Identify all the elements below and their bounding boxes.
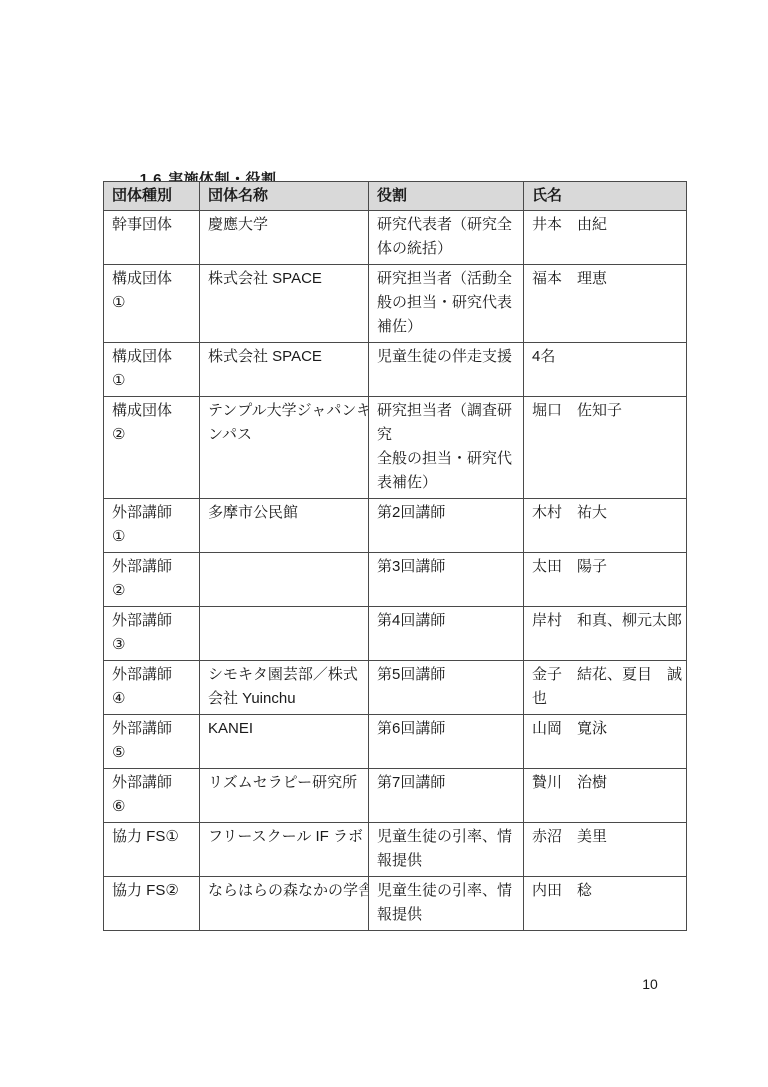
cell-person: 贄川 治樹 — [524, 769, 687, 823]
cell-person: 井本 由紀 — [524, 211, 687, 265]
cell-org-type: 構成団体 ① — [104, 343, 200, 397]
cell-org-name — [200, 553, 369, 607]
cell-org-name: テンプル大学ジャパンキャ ンパス — [200, 397, 369, 499]
roles-table: 団体種別 団体名称 役割 氏名 幹事団体 慶應大学 研究代表者（研究全 体の統括… — [103, 181, 687, 931]
cell-role: 第5回講師 — [369, 661, 524, 715]
document-page: 1.6実施体制・役割 団体種別 団体名称 役割 氏名 幹事団体 慶應大学 研究代… — [0, 0, 768, 1087]
header-role: 役割 — [369, 182, 524, 211]
table-row: 構成団体 ② テンプル大学ジャパンキャ ンパス 研究担当者（調査研 究 全般の担… — [104, 397, 687, 499]
cell-org-type: 外部講師 ⑥ — [104, 769, 200, 823]
cell-person: 太田 陽子 — [524, 553, 687, 607]
cell-person: 4名 — [524, 343, 687, 397]
cell-org-type: 幹事団体 — [104, 211, 200, 265]
cell-role: 児童生徒の引率、情 報提供 — [369, 823, 524, 877]
table-row: 構成団体 ① 株式会社 SPACE 研究担当者（活動全 般の担当・研究代表 補佐… — [104, 265, 687, 343]
table-row: 構成団体 ① 株式会社 SPACE 児童生徒の伴走支援 4名 — [104, 343, 687, 397]
cell-role: 第2回講師 — [369, 499, 524, 553]
table-row: 協力 FS① フリースクール IF ラボ 児童生徒の引率、情 報提供 赤沼 美里 — [104, 823, 687, 877]
cell-org-name: ならはらの森なかの学舎 — [200, 877, 369, 931]
table-row: 外部講師 ② 第3回講師 太田 陽子 — [104, 553, 687, 607]
table-row: 協力 FS② ならはらの森なかの学舎 児童生徒の引率、情 報提供 内田 稔 — [104, 877, 687, 931]
cell-org-type: 協力 FS① — [104, 823, 200, 877]
table-header-row: 団体種別 団体名称 役割 氏名 — [104, 182, 687, 211]
cell-person: 堀口 佐知子 — [524, 397, 687, 499]
cell-org-name: シモキタ園芸部／株式 会社 Yuinchu — [200, 661, 369, 715]
cell-person: 福本 理恵 — [524, 265, 687, 343]
cell-role: 研究代表者（研究全 体の統括） — [369, 211, 524, 265]
cell-person: 山岡 寛泳 — [524, 715, 687, 769]
cell-org-name: 慶應大学 — [200, 211, 369, 265]
table-row: 幹事団体 慶應大学 研究代表者（研究全 体の統括） 井本 由紀 — [104, 211, 687, 265]
page-number: 10 — [633, 976, 667, 992]
cell-person: 木村 祐大 — [524, 499, 687, 553]
cell-org-name — [200, 607, 369, 661]
cell-org-type: 外部講師 ② — [104, 553, 200, 607]
cell-org-type: 外部講師 ③ — [104, 607, 200, 661]
cell-org-name: KANEI — [200, 715, 369, 769]
cell-org-type: 構成団体 ① — [104, 265, 200, 343]
table-row: 外部講師 ④ シモキタ園芸部／株式 会社 Yuinchu 第5回講師 金子 結花… — [104, 661, 687, 715]
cell-org-name: フリースクール IF ラボ — [200, 823, 369, 877]
cell-org-type: 外部講師 ⑤ — [104, 715, 200, 769]
cell-role: 児童生徒の伴走支援 — [369, 343, 524, 397]
cell-role: 第6回講師 — [369, 715, 524, 769]
cell-role: 第7回講師 — [369, 769, 524, 823]
cell-org-type: 構成団体 ② — [104, 397, 200, 499]
cell-org-type: 協力 FS② — [104, 877, 200, 931]
cell-org-name: 多摩市公民館 — [200, 499, 369, 553]
cell-person: 岸村 和真、柳元太郎 — [524, 607, 687, 661]
header-person: 氏名 — [524, 182, 687, 211]
cell-person: 金子 結花、夏目 誠 也 — [524, 661, 687, 715]
table-row: 外部講師 ⑤ KANEI 第6回講師 山岡 寛泳 — [104, 715, 687, 769]
table-row: 外部講師 ① 多摩市公民館 第2回講師 木村 祐大 — [104, 499, 687, 553]
table-row: 外部講師 ⑥ リズムセラピー研究所 第7回講師 贄川 治樹 — [104, 769, 687, 823]
cell-role: 第3回講師 — [369, 553, 524, 607]
header-org-type: 団体種別 — [104, 182, 200, 211]
cell-org-name: 株式会社 SPACE — [200, 343, 369, 397]
cell-role: 児童生徒の引率、情 報提供 — [369, 877, 524, 931]
cell-org-type: 外部講師 ① — [104, 499, 200, 553]
cell-person: 赤沼 美里 — [524, 823, 687, 877]
cell-role: 研究担当者（調査研 究 全般の担当・研究代 表補佐） — [369, 397, 524, 499]
table-row: 外部講師 ③ 第4回講師 岸村 和真、柳元太郎 — [104, 607, 687, 661]
header-org-name: 団体名称 — [200, 182, 369, 211]
cell-role: 研究担当者（活動全 般の担当・研究代表 補佐） — [369, 265, 524, 343]
cell-org-name: リズムセラピー研究所 — [200, 769, 369, 823]
cell-person: 内田 稔 — [524, 877, 687, 931]
cell-role: 第4回講師 — [369, 607, 524, 661]
cell-org-type: 外部講師 ④ — [104, 661, 200, 715]
cell-org-name: 株式会社 SPACE — [200, 265, 369, 343]
